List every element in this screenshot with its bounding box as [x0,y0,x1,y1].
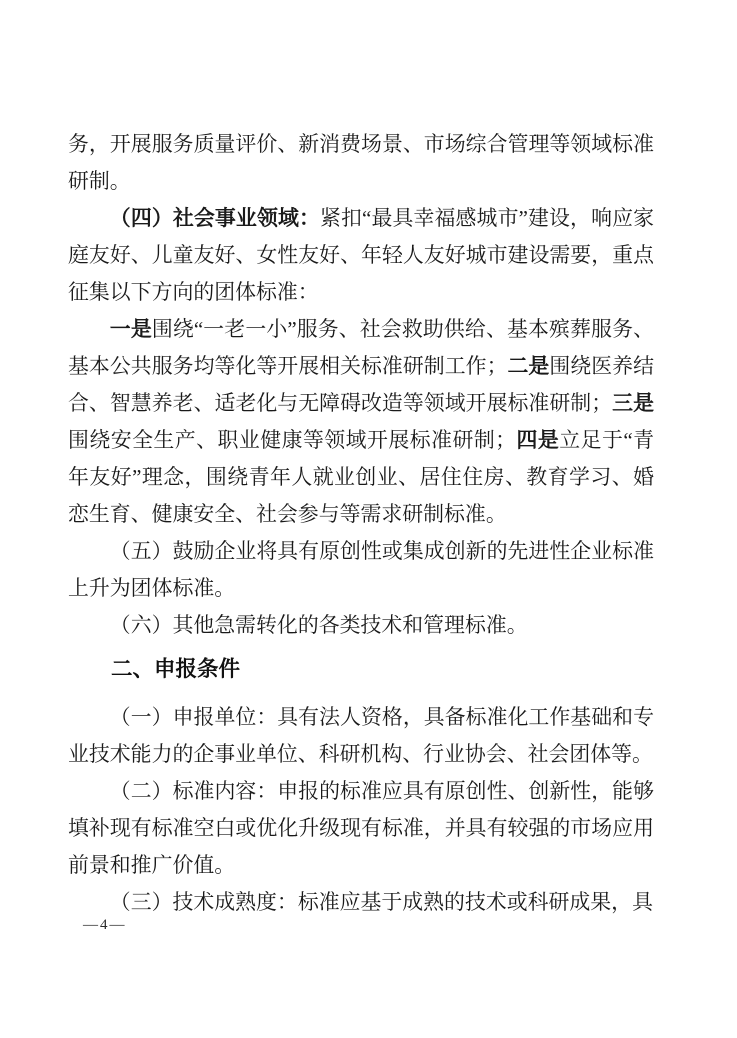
paragraph-condition-two: （二）标准内容：申报的标准应具有原创性、创新性，能够填补现有标准空白或优化升级现… [68,773,654,884]
point-one-label: 一是 [110,318,152,341]
condition-three-text: （三）技术成熟度：标准应基于成熟的技术或科研成果，具 [110,890,653,914]
paragraph-item-five: （五）鼓励企业将具有原创性或集成创新的先进性企业标准上升为团体标准。 [68,533,654,607]
condition-one-text: （一）申报单位：具有法人资格，具备标准化工作基础和专业技术能力的企事业单位、科研… [68,705,654,766]
item-four-label: （四）社会事业领域： [110,207,320,230]
point-three-text: 围绕安全生产、职业健康等领域开展标准研制； [68,428,516,452]
point-three-label: 三是 [612,392,654,415]
page-number: —4— [83,914,127,936]
paragraph-item-six: （六）其他急需转化的各类技术和管理标准。 [68,607,654,644]
item-six-text: （六）其他急需转化的各类技术和管理标准。 [110,613,528,637]
document-page: { "page": { "background": "#ffffff", "te… [0,0,737,1038]
point-four-label: 四是 [516,429,559,452]
item-five-text: （五）鼓励企业将具有原创性或集成创新的先进性企业标准上升为团体标准。 [68,539,654,600]
paragraph-condition-one: （一）申报单位：具有法人资格，具备标准化工作基础和专业技术能力的企事业单位、科研… [68,699,654,773]
paragraph-continuation: 务，开展服务质量评价、新消费场景、市场综合管理等领域标准研制。 [68,126,654,200]
paragraph-item-four: （四）社会事业领域：紧扣“最具幸福感城市”建设，响应家庭友好、儿童友好、女性友好… [68,200,654,311]
document-text-block: 务，开展服务质量评价、新消费场景、市场综合管理等领域标准研制。 （四）社会事业领… [68,126,654,921]
section-two-heading: 二、申报条件 [68,651,654,688]
paragraph-points: 一是围绕“一老一小”服务、社会救助供给、基本殡葬服务、基本公共服务均等化等开展相… [68,311,654,533]
paragraph-continuation-text: 务，开展服务质量评价、新消费场景、市场综合管理等领域标准研制。 [68,132,654,193]
paragraph-condition-three: （三）技术成熟度：标准应基于成熟的技术或科研成果，具 [68,884,654,921]
section-two-heading-text: 二、申报条件 [111,657,240,681]
point-two-label: 二是 [507,355,549,378]
condition-two-text: （二）标准内容：申报的标准应具有原创性、创新性，能够填补现有标准空白或优化升级现… [68,779,654,877]
